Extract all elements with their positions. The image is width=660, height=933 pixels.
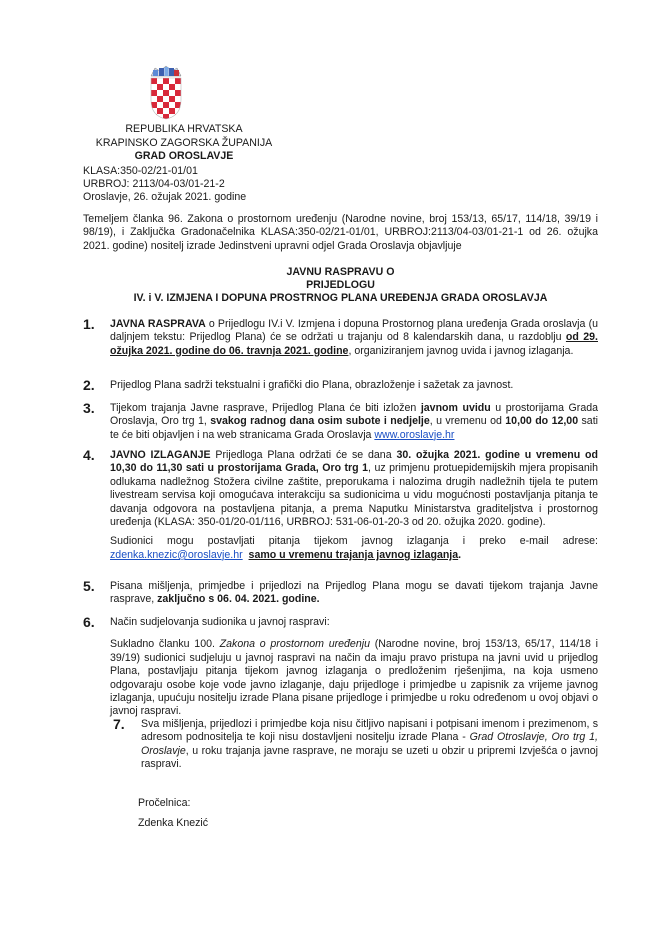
item-number: 7.	[113, 718, 125, 731]
text: Tijekom trajanja Javne rasprave, Prijedl…	[110, 402, 421, 414]
item-text: JAVNA RASPRAVA o Prijedlogu IV.i V. Izmj…	[110, 318, 598, 358]
title-line-1: JAVNU RASPRAVU O	[83, 266, 598, 279]
signature-role: Pročelnica:	[138, 797, 208, 817]
bold-lead: JAVNA RASPRAVA	[110, 318, 206, 330]
text: Sukladno članku 100.	[110, 638, 220, 650]
list-item: 7. Sva mišljenja, prijedlozi i primjedbe…	[113, 718, 598, 772]
bold-lead: JAVNO IZLAGANJE	[110, 449, 211, 461]
title-line-3: IV. i V. IZMJENA I DOPUNA PROSTRNOG PLAN…	[83, 292, 598, 305]
item-number: 4.	[83, 449, 95, 462]
item-number: 5.	[83, 580, 95, 593]
text: .	[458, 549, 461, 561]
item-subparagraph: Sudionici mogu postavljati pitanja tijek…	[110, 535, 598, 562]
email-link[interactable]: zdenka.knezic@oroslavje.hr	[110, 549, 243, 561]
text: Prijedloga Plana održati će se dana	[211, 449, 397, 461]
urbroj: URBROJ: 2113/04-03/01-21-2	[83, 178, 246, 191]
city-name: GRAD OROSLAVJE	[84, 150, 284, 164]
list-item: 5. Pisana mišljenja, primjedbe i prijedl…	[83, 580, 598, 607]
list-item: 4. JAVNO IZLAGANJE Prijedloga Plana održ…	[83, 449, 598, 562]
bold: 10,00 do 12,00	[505, 415, 578, 427]
signature-name: Zdenka Knezić	[138, 817, 208, 837]
bold: zaključno s 06. 04. 2021. godine.	[157, 593, 320, 605]
list-item: 1. JAVNA RASPRAVA o Prijedlogu IV.i V. I…	[83, 318, 598, 358]
item-number: 6.	[83, 616, 95, 629]
intro-paragraph: Temeljem članka 96. Zakona o prostornom …	[83, 213, 598, 253]
website-link[interactable]: www.oroslavje.hr	[374, 429, 454, 441]
list-item: 2. Prijedlog Plana sadrži tekstualni i g…	[83, 379, 598, 392]
list-item: 6. Način sudjelovanja sudionika u javnoj…	[83, 616, 598, 719]
list-item: 3. Tijekom trajanja Javne rasprave, Prij…	[83, 402, 598, 442]
country-name: REPUBLIKA HRVATSKA	[84, 123, 284, 137]
document-meta: KLASA:350-02/21-01/01 URBROJ: 2113/04-03…	[83, 165, 246, 204]
klasa: KLASA:350-02/21-01/01	[83, 165, 246, 178]
bold-underlined: samo u vremenu trajanja javnog izlaganja	[249, 549, 459, 561]
document-title: JAVNU RASPRAVU O PRIJEDLOGU IV. i V. IZM…	[83, 266, 598, 305]
item-text: Pisana mišljenja, primjedbe i prijedlozi…	[110, 580, 598, 607]
item-text: Sva mišljenja, prijedlozi i primjedbe ko…	[141, 718, 598, 772]
text: , u vremenu od	[430, 415, 506, 427]
item-number: 2.	[83, 379, 95, 392]
text: , organiziranjem javnog uvida i javnog i…	[348, 345, 573, 357]
signature-block: Pročelnica: Zdenka Knezić	[138, 797, 208, 837]
county-name: KRAPINSKO ZAGORSKA ŽUPANIJA	[84, 137, 284, 151]
item-text: JAVNO IZLAGANJE Prijedloga Plana održati…	[110, 449, 598, 529]
item-subparagraph: Sukladno članku 100. Zakona o prostornom…	[110, 638, 598, 718]
bold: javnom uvidu	[421, 402, 491, 414]
text: , u roku trajanja javne rasprave, ne mor…	[141, 745, 598, 770]
title-line-2: PRIJEDLOGU	[83, 279, 598, 292]
text: Sudionici mogu postavljati pitanja tijek…	[110, 535, 598, 547]
italic: Zakona o prostornom uređenju	[220, 638, 370, 650]
croatian-coat-of-arms-icon	[149, 62, 183, 120]
item-number: 3.	[83, 402, 95, 415]
item-text: Prijedlog Plana sadrži tekstualni i graf…	[110, 379, 598, 392]
item-number: 1.	[83, 318, 95, 331]
place-date: Oroslavje, 26. ožujak 2021. godine	[83, 191, 246, 204]
issuer-header: REPUBLIKA HRVATSKA KRAPINSKO ZAGORSKA ŽU…	[84, 123, 284, 164]
bold: svakog radnog dana osim subote i nedjelj…	[210, 415, 430, 427]
item-text: Tijekom trajanja Javne rasprave, Prijedl…	[110, 402, 598, 442]
item-text: Način sudjelovanja sudionika u javnoj ra…	[110, 616, 598, 629]
